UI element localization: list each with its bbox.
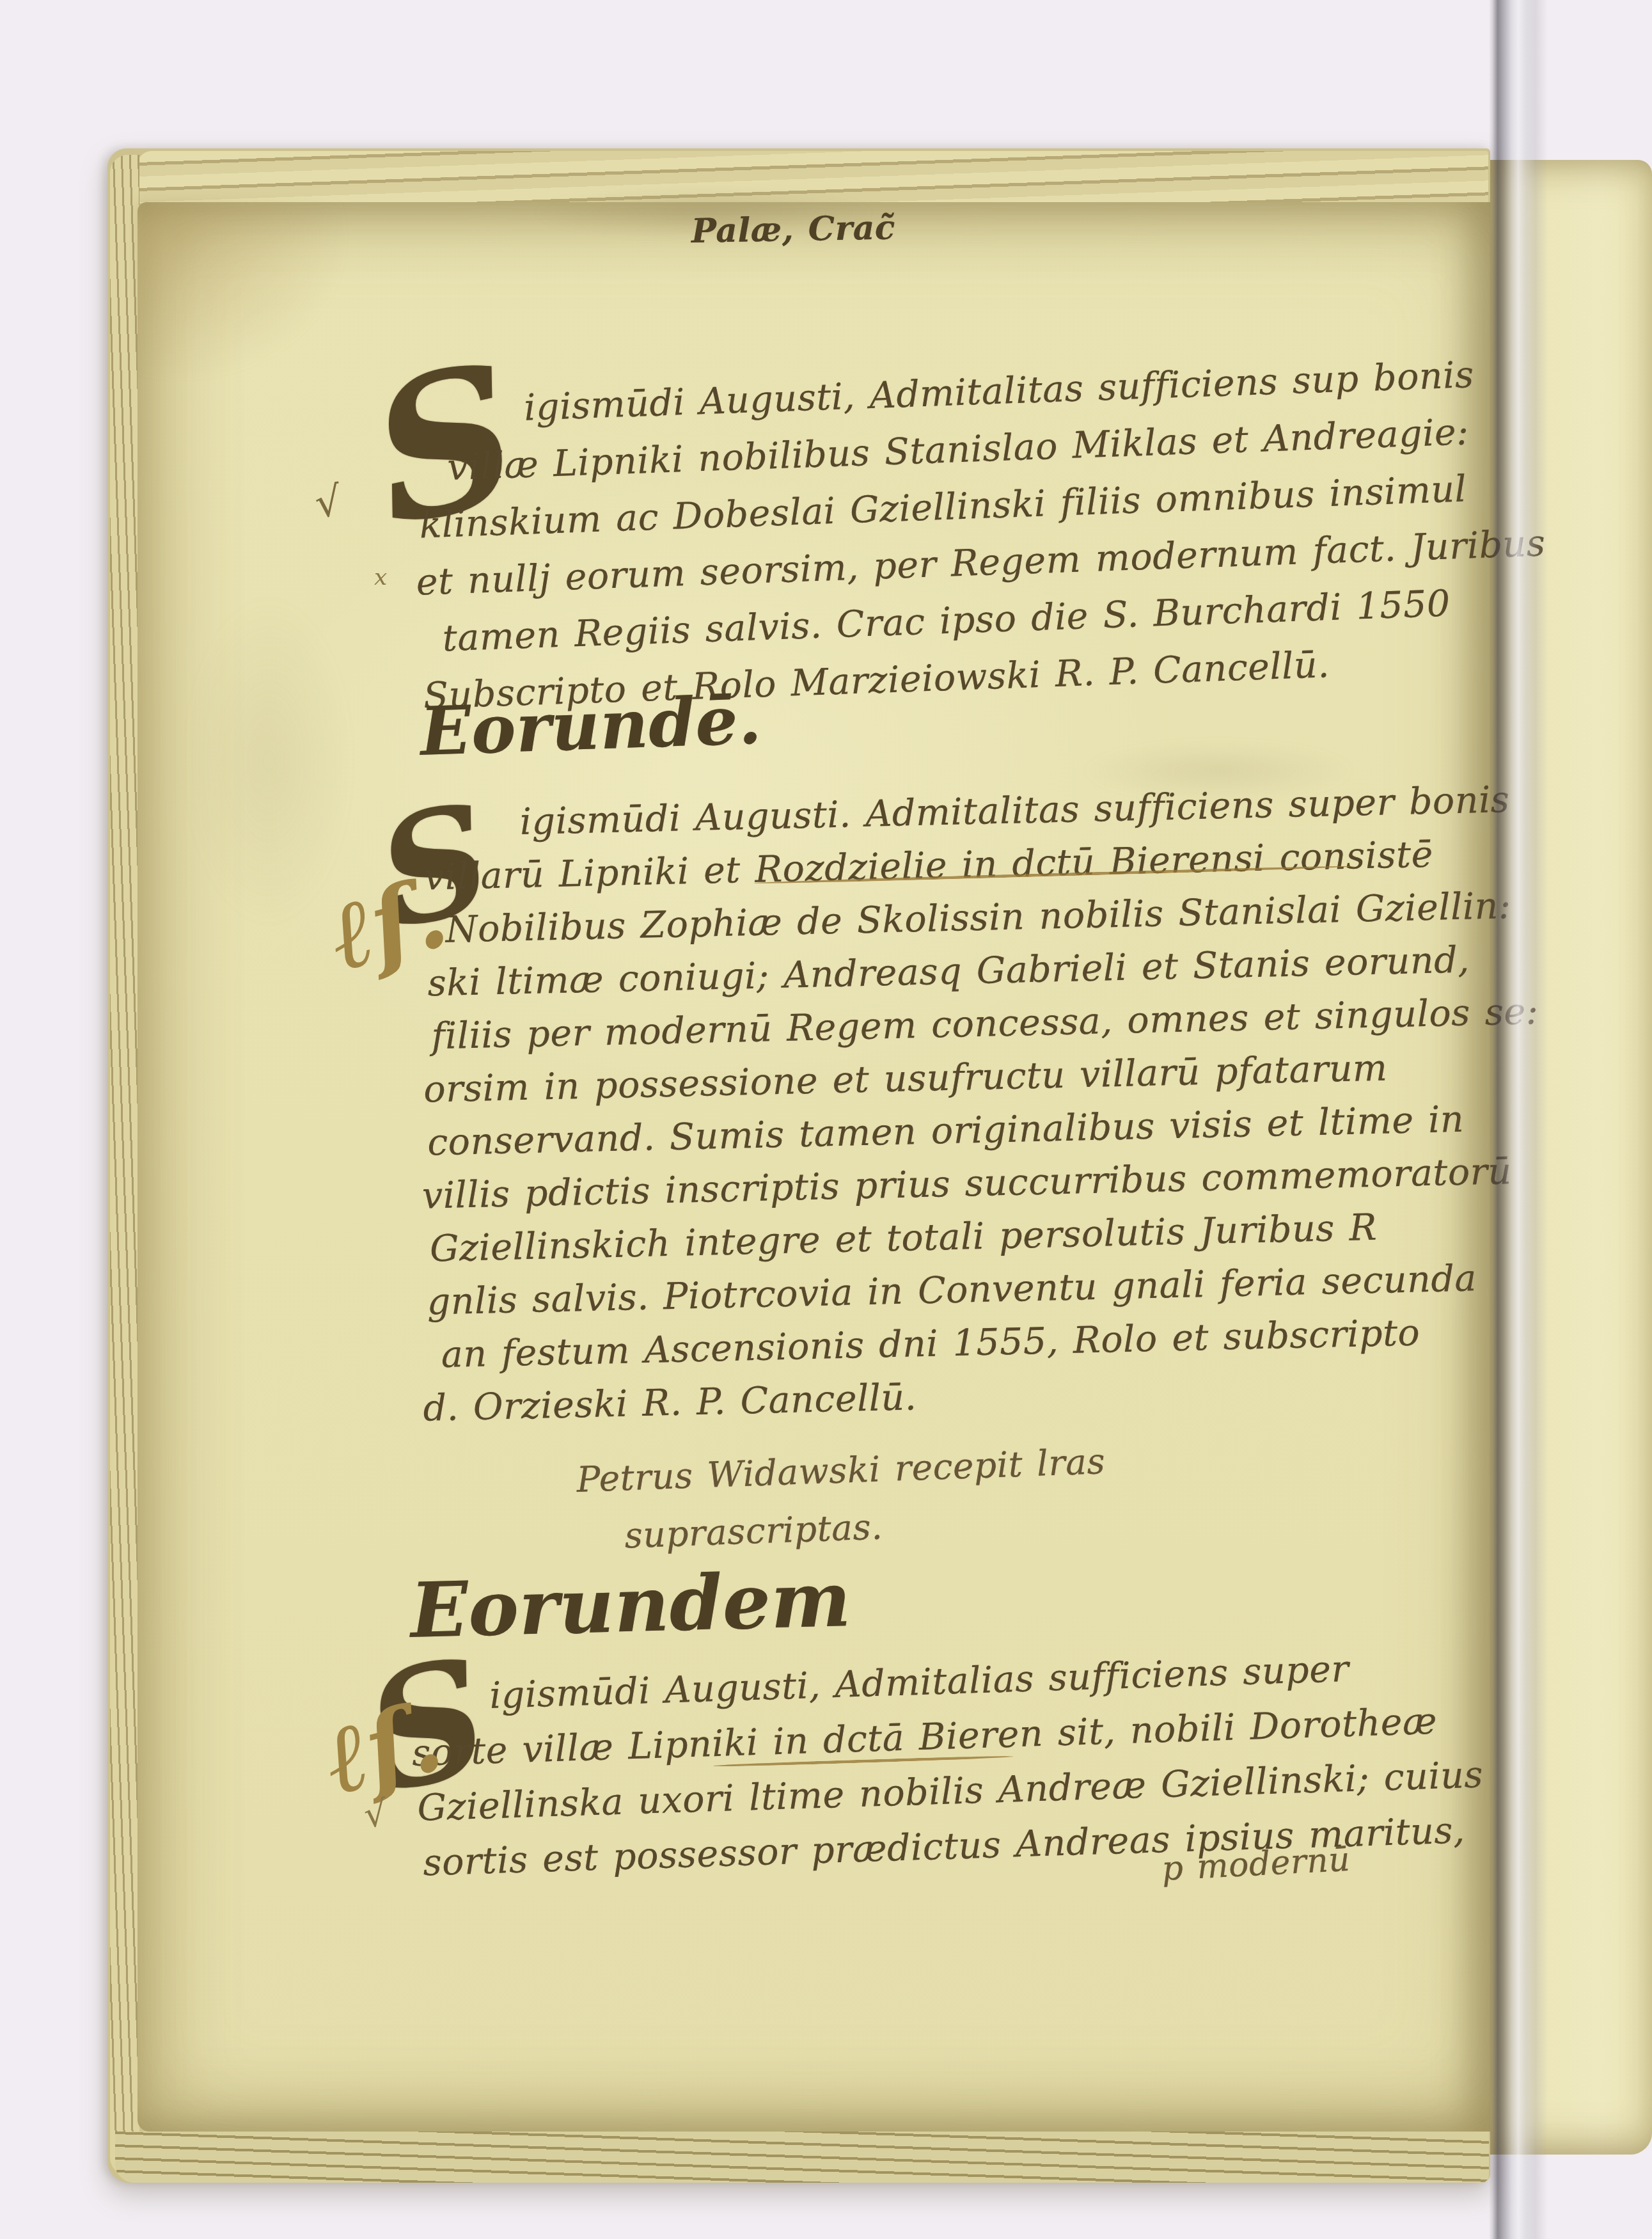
page-edges-left bbox=[110, 155, 139, 2176]
page-edges-bottom bbox=[115, 2132, 1489, 2183]
paper-stain bbox=[138, 202, 349, 381]
plastic-page-weight-strip bbox=[1489, 0, 1548, 2239]
receipt-note: Petrus Widawski recepit lras suprascript… bbox=[576, 1432, 1108, 1566]
record-3-line-segment: sorte villæ Lipniki bbox=[411, 1721, 773, 1775]
record-2: igismūdi Augusti. Admitalitas sufficiens… bbox=[409, 777, 1383, 1436]
margin-cross-mark: x bbox=[374, 564, 387, 590]
page-edges-top bbox=[138, 151, 1488, 203]
record-3-underlined-place-name: in dctā Bieren sit, bbox=[772, 1710, 1116, 1763]
section-heading-eorunde: Eorundē. bbox=[419, 680, 763, 771]
record-1: igismūdi Augusti, Admitalitas sufficiens… bbox=[409, 351, 1380, 725]
section-heading-eorundem: Eorundem bbox=[409, 1555, 852, 1655]
record-2-underlined-place-names: Rozdzielie in dctū Bierensi consistē bbox=[755, 834, 1434, 891]
margin-check-mark: √ bbox=[362, 1792, 389, 1836]
page-header: Palæ, Crac̃ bbox=[652, 207, 934, 251]
record-2-line-segment: villarū Lipniki et bbox=[423, 849, 755, 899]
manuscript-scan: Palæ, Crac̃ S igismūdi Augusti, Admitali… bbox=[0, 0, 1652, 2239]
